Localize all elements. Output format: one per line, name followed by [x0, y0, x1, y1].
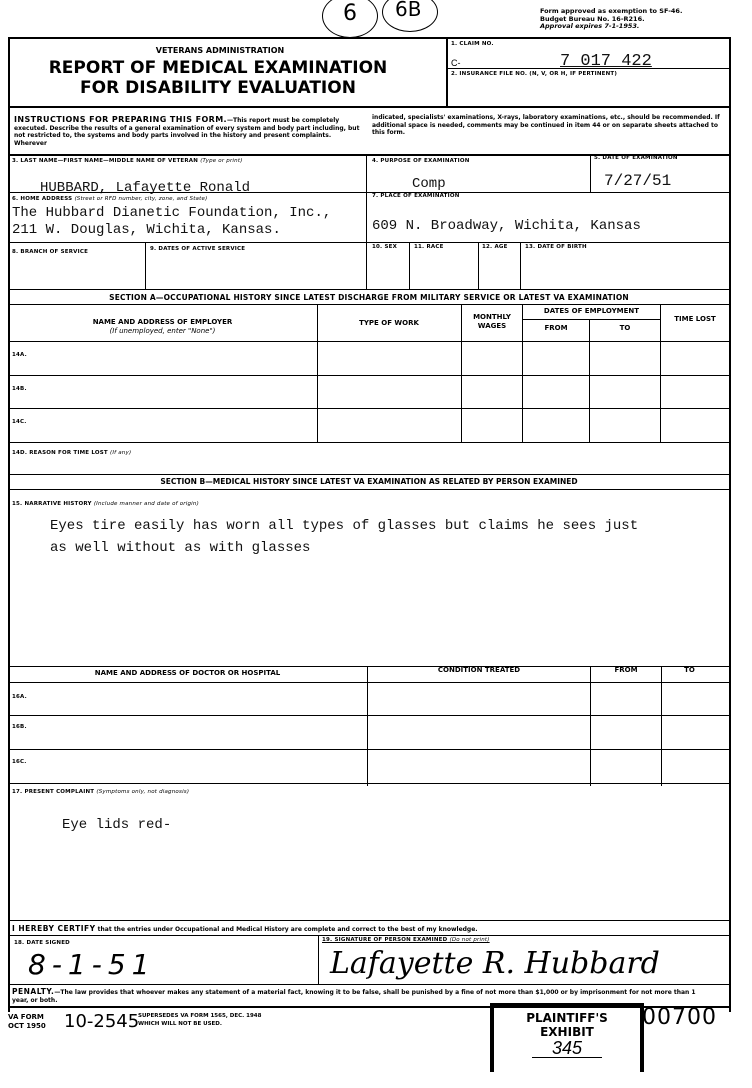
- row-label: 16B.: [12, 724, 27, 730]
- bates-number: 00700: [642, 1005, 717, 1030]
- col-dates-header: DATES OF EMPLOYMENT: [523, 307, 660, 316]
- divider: [8, 489, 730, 490]
- supersedes-note: SUPERSEDES VA FORM 1565, DEC. 1948 WHICH…: [138, 1013, 261, 1028]
- complaint-label: 17. PRESENT COMPLAINT (Symptoms only, no…: [12, 789, 189, 795]
- exhibit-line-1: PLAINTIFF'S: [494, 1011, 640, 1025]
- divider: [446, 37, 448, 107]
- divider: [409, 242, 410, 289]
- divider: [8, 783, 730, 784]
- instructions-heading: INSTRUCTIONS FOR PREPARING THIS FORM.: [14, 115, 227, 124]
- col-work-header: TYPE OF WORK: [318, 319, 460, 328]
- divider: [8, 408, 730, 409]
- divider: [522, 319, 660, 320]
- form-number: 10-2545: [64, 1011, 139, 1032]
- divider: [589, 319, 590, 442]
- col-to-header: TO: [590, 324, 660, 333]
- divider: [8, 749, 730, 750]
- divider: [8, 106, 730, 108]
- divider: [520, 242, 521, 289]
- form-approval-note: Form approved as exemption to SF-46. Bud…: [540, 8, 682, 31]
- claim-label: 1. CLAIM NO.: [451, 41, 494, 47]
- narrative-label: 15. NARRATIVE HISTORY (Include manner an…: [12, 501, 199, 507]
- form-title: REPORT OF MEDICAL EXAMINATION FOR DISABI…: [28, 58, 408, 98]
- divider: [661, 666, 662, 786]
- row-label: 16A.: [12, 694, 27, 700]
- divider: [590, 666, 591, 786]
- col-employer-header: NAME AND ADDRESS OF EMPLOYER (If unemplo…: [10, 318, 315, 336]
- divider: [366, 154, 367, 289]
- divider: [8, 304, 730, 305]
- annotation-text: 6B: [395, 0, 421, 21]
- divider: [145, 242, 146, 289]
- age-label: 12. AGE: [482, 244, 508, 250]
- divider: [8, 341, 730, 342]
- narrative-line-1[interactable]: Eyes tire easily has worn all types of g…: [50, 518, 638, 534]
- date-signed-field[interactable]: 8-1-51: [28, 948, 155, 981]
- address-line-2[interactable]: 211 W. Douglas, Wichita, Kansas.: [12, 222, 281, 238]
- frame-right: [729, 37, 731, 1012]
- divider: [318, 935, 319, 985]
- purpose-field[interactable]: Comp: [412, 176, 446, 192]
- row-label: 14B.: [12, 386, 27, 392]
- annotation-circle-6b: 6B: [382, 0, 438, 32]
- row-label: 16C.: [12, 759, 27, 765]
- veteran-name-field[interactable]: HUBBARD, Lafayette Ronald: [40, 180, 250, 196]
- frame-top: [8, 37, 730, 39]
- divider: [8, 242, 730, 243]
- exhibit-line-2: EXHIBIT: [494, 1025, 640, 1039]
- place-label: 7. PLACE OF EXAMINATION: [372, 193, 460, 199]
- title-line-1: REPORT OF MEDICAL EXAMINATION: [28, 58, 408, 78]
- divider: [8, 682, 730, 683]
- insurance-label: 2. INSURANCE FILE NO. (N, V, or H, if pe…: [451, 71, 617, 77]
- col-from-header: FROM: [523, 324, 589, 333]
- col-from-header-b: FROM: [591, 666, 661, 675]
- col-wages-header: MONTHLY WAGES: [462, 313, 522, 331]
- address-label: 6. HOME ADDRESS (Street or RFD number, c…: [12, 196, 207, 202]
- divider: [8, 984, 730, 985]
- frame-left: [8, 37, 10, 1012]
- divider: [8, 442, 730, 443]
- title-line-2: FOR DISABILITY EVALUATION: [28, 78, 408, 98]
- address-line-1[interactable]: The Hubbard Dianetic Foundation, Inc.,: [12, 205, 331, 221]
- divider: [8, 474, 730, 475]
- branch-label: 8. BRANCH OF SERVICE: [12, 249, 88, 255]
- purpose-label: 4. PURPOSE OF EXAMINATION: [372, 158, 470, 164]
- divider: [660, 304, 661, 442]
- name-label: 3. LAST NAME—FIRST NAME—MIDDLE NAME OF V…: [12, 158, 243, 164]
- signature-field[interactable]: Lafayette R. Hubbard: [330, 946, 660, 981]
- row-label: 14C.: [12, 419, 27, 425]
- place-field[interactable]: 609 N. Broadway, Wichita, Kansas: [372, 218, 641, 234]
- section-a-title: SECTION A—OCCUPATIONAL HISTORY SINCE LAT…: [8, 293, 730, 302]
- narrative-line-2[interactable]: as well without as with glasses: [50, 540, 310, 556]
- date-exam-label: 5. DATE OF EXAMINATION: [594, 155, 678, 161]
- signature-label: 19. SIGNATURE OF PERSON EXAMINED (Do not…: [322, 937, 490, 943]
- divider: [8, 192, 730, 193]
- active-service-label: 9. DATES OF ACTIVE SERVICE: [150, 246, 245, 252]
- row-label: 14A.: [12, 352, 27, 358]
- agency-name: VETERANS ADMINISTRATION: [90, 46, 350, 55]
- date-exam-field[interactable]: 7/27/51: [604, 172, 671, 190]
- divider: [8, 375, 730, 376]
- divider: [8, 935, 730, 936]
- annotation-circle-6: 6: [322, 0, 378, 38]
- approval-line: Approval expires 7-1-1953.: [540, 23, 682, 31]
- col-to-header-b: TO: [662, 666, 717, 675]
- exhibit-number: 345: [532, 1039, 602, 1058]
- divider: [367, 666, 368, 786]
- instructions-left: INSTRUCTIONS FOR PREPARING THIS FORM.—Th…: [14, 116, 364, 147]
- section-b-title: SECTION B—MEDICAL HISTORY SINCE LATEST V…: [8, 477, 730, 486]
- claim-prefix: C-: [451, 58, 461, 68]
- divider: [446, 68, 730, 69]
- race-label: 11. RACE: [414, 244, 444, 250]
- plaintiff-exhibit-stamp: PLAINTIFF'S EXHIBIT 345: [490, 1003, 644, 1072]
- reason-time-lost-label: 14D. REASON FOR TIME LOST (If any): [12, 450, 131, 456]
- certify-statement: I HEREBY CERTIFY that the entries under …: [12, 925, 478, 934]
- col-condition-header: CONDITION TREATED: [368, 666, 590, 675]
- divider: [8, 920, 730, 921]
- divider: [590, 154, 591, 192]
- complaint-field[interactable]: Eye lids red-: [62, 817, 171, 833]
- dob-label: 13. DATE OF BIRTH: [525, 244, 587, 250]
- sex-label: 10. SEX: [372, 244, 397, 250]
- form-id-label: VA FORM OCT 1950: [8, 1013, 46, 1031]
- divider: [478, 242, 479, 289]
- col-doctor-header: NAME AND ADDRESS OF DOCTOR OR HOSPITAL: [10, 669, 365, 678]
- divider: [8, 715, 730, 716]
- col-timelost-header: TIME LOST: [661, 315, 729, 324]
- instructions-right: indicated, specialists' examinations, X-…: [372, 114, 722, 137]
- annotation-text: 6: [343, 1, 357, 26]
- date-signed-label: 18. DATE SIGNED: [14, 940, 70, 946]
- penalty-statement: PENALTY.—The law provides that whoever m…: [12, 988, 712, 1004]
- divider: [8, 289, 730, 290]
